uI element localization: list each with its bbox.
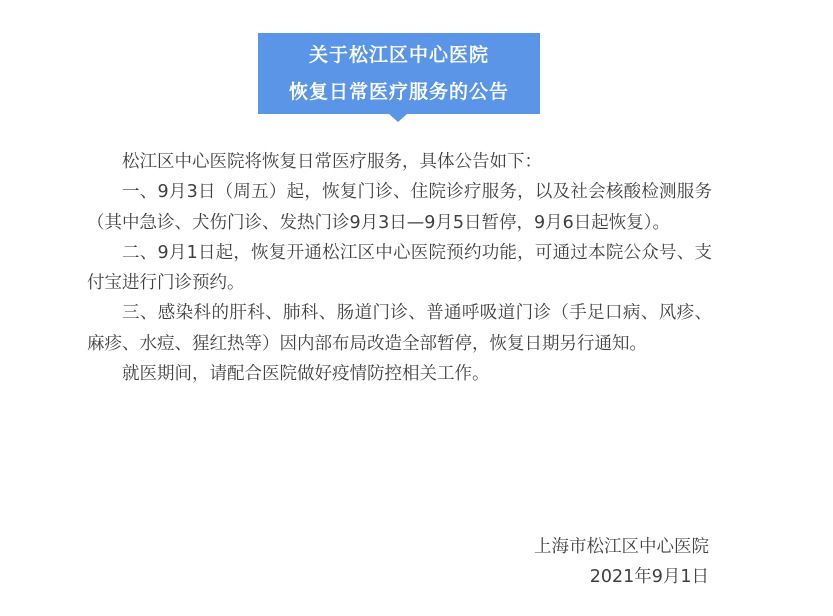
announcement-title-banner: 关于松江区中心医院 恢复日常医疗服务的公告 <box>258 33 540 114</box>
title-line-2: 恢复日常医疗服务的公告 <box>258 82 540 102</box>
item-1-paragraph: 一、9月3日（周五）起，恢复门诊、住院诊疗服务，以及社会核酸检测服务（其中急诊、… <box>87 177 712 238</box>
banner-pointer-arrow <box>389 114 407 122</box>
announcement-body: 松江区中心医院将恢复日常医疗服务，具体公告如下： 一、9月3日（周五）起，恢复门… <box>87 147 712 389</box>
signature-organization: 上海市松江区中心医院 <box>534 532 709 562</box>
intro-paragraph: 松江区中心医院将恢复日常医疗服务，具体公告如下： <box>87 147 712 177</box>
title-line-1: 关于松江区中心医院 <box>258 45 540 65</box>
item-3-paragraph: 三、感染科的肝科、肺科、肠道门诊、普通呼吸道门诊（手足口病、风疹、麻疹、水痘、猩… <box>87 298 712 359</box>
item-2-paragraph: 二、9月1日起，恢复开通松江区中心医院预约功能，可通过本院公众号、支付宝进行门诊… <box>87 238 712 299</box>
signature-date: 2021年9月1日 <box>534 562 709 592</box>
closing-paragraph: 就医期间，请配合医院做好疫情防控相关工作。 <box>87 359 712 389</box>
signature-block: 上海市松江区中心医院 2021年9月1日 <box>534 532 709 592</box>
